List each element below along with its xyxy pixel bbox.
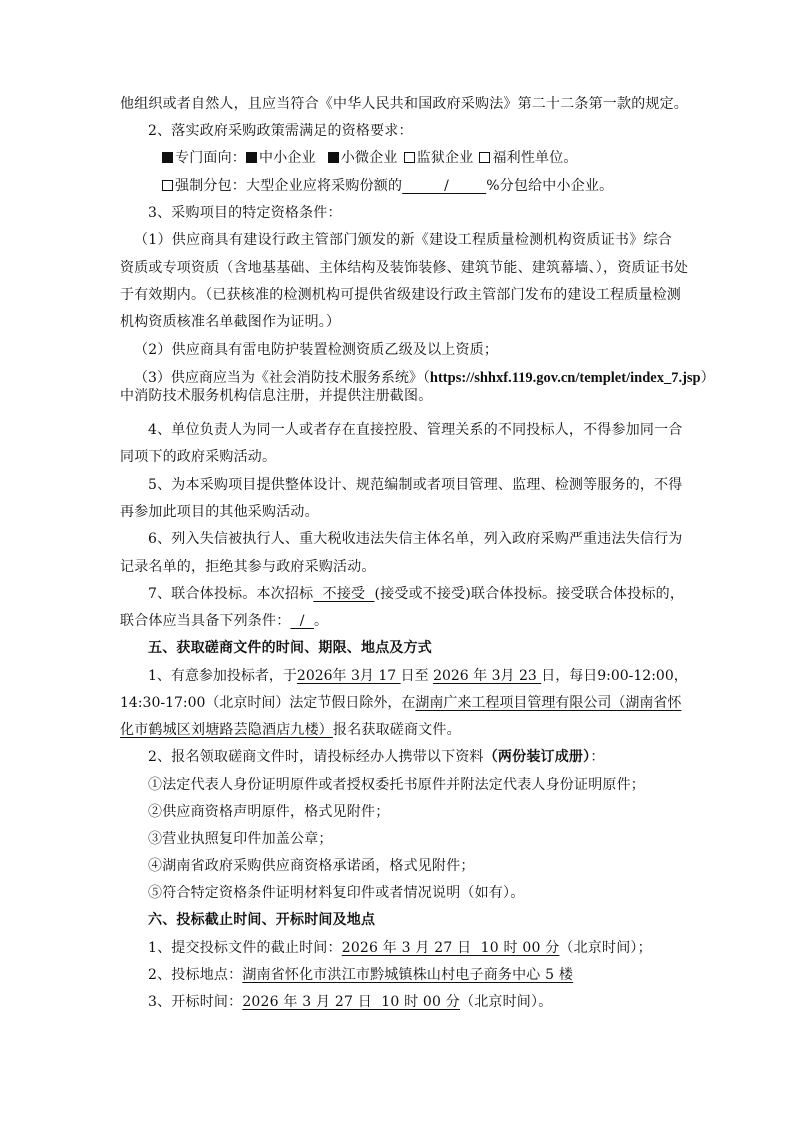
paragraph-line: 1、有意参加投标者，于2026年 3月 17 日至 2026 年 3月 23 日… [148,667,672,685]
document-page: 他组织或者自然人，且应当符合《中华人民共和国政府采购法》第二十二条第一款的规定。… [0,0,793,1122]
joint-bid-value: 不接受 [313,586,374,602]
list-item: ②供应商资格声明原件，格式见附件； [148,803,672,821]
paragraph-line: 化市鹤城区刘塘路芸隐酒店九楼）报名获取磋商文件。 [120,721,672,739]
section-5-heading: 五、获取磋商文件的时间、期限、地点及方式 [148,639,672,657]
subcontract-suffix: %分包给中小企业。 [486,178,613,194]
text-span: ： [590,749,604,765]
registration-place: 湖南广来工程项目管理有限公司（湖南省怀 [415,695,681,711]
option-sme: 中小企业 [259,150,316,166]
list-item: ⑤符合特定资格条件证明材料复印件或者情况说明（如有）。 [148,884,672,902]
checkbox-checked-icon [162,152,173,163]
deadline-value: 2026 年 3 月 27 日 10 时 00 分 [342,940,560,956]
text-span: 。 [314,613,328,629]
text-span: 1、有意参加投标者，于 [148,668,297,684]
text-span: 1、提交投标文件的截止时间： [148,940,342,956]
paragraph-line: 5、为本采购项目提供整体设计、规范编制或者项目管理、监理、检测等服务的，不得 [148,476,672,494]
text-span: 报名获取磋商文件。 [333,722,461,738]
text-span: （北京时间）。 [460,994,552,1010]
paragraph-line: （2）供应商具有雷电防护装置检测资质乙级及以上资质； [134,341,672,359]
registration-place: 化市鹤城区刘塘路芸隐酒店九楼） [120,722,333,738]
opening-time-value: 2026 年 3 月 27 日 10 时 00 分 [242,994,460,1010]
text-span: 日，每日9:00-12:00， [541,668,688,684]
text-span: （3）供应商应当为《社会消防技术服务系统》（ [134,370,430,386]
text-span: 日至 [401,668,433,684]
option-prison: 监狱企业 [417,150,474,166]
paragraph-line: 1、提交投标文件的截止时间：2026 年 3 月 27 日 10 时 00 分（… [148,939,672,957]
paragraph-line: 他组织或者自然人，且应当符合《中华人民共和国政府采购法》第二十二条第一款的规定。 [120,95,672,113]
bid-location-value: 湖南省怀化市洪江市黔城镇株山村电子商务中心 5 楼 [242,967,573,983]
subcontract-value: / [402,178,486,194]
option-welfare: 福利性单位。 [492,150,577,166]
list-item: ③营业执照复印件加盖公章； [148,830,672,848]
paragraph-line: 同项下的政府采购活动。 [120,448,672,466]
url-link[interactable]: https://shhxf.119.gov.cn/templet/index_7… [430,370,701,386]
paragraph-line: 中消防技术服务机构信息注册，并提供注册截图。 [120,387,672,405]
text-span: 2、投标地点： [148,967,242,983]
text-span: 联合体应当具备下列条件： [120,613,290,629]
subcontract-row: 强制分包：大型企业应将采购份额的 / %分包给中小企业。 [162,177,672,195]
paragraph-line: 于有效期内。（已获核准的检测机构可提供省级建设行政主管部门发布的建设工程质量检测 [120,286,672,304]
paragraph-line: 再参加此项目的其他采购活动。 [120,503,672,521]
section-6-heading: 六、投标截止时间、开标时间及地点 [148,911,672,929]
end-date: 2026 年 3月 23 [433,668,541,684]
section-2-title: 2、落实政府采购政策需满足的资格要求： [148,122,672,140]
text-span: 3、开标时间： [148,994,242,1010]
joint-bid-conditions-value: / [290,613,314,629]
paragraph-line: 4、单位负责人为同一人或者存在直接控股、管理关系的不同投标人，不得参加同一合 [148,421,672,439]
bold-note: （两份装订成册） [484,749,591,765]
text-span: 7、联合体投标。本次招标 [148,586,313,602]
list-item: ①法定代表人身份证明原件或者授权委托书原件并附法定代表人身份证明原件； [148,776,672,794]
start-date: 2026年 3月 17 [297,668,401,684]
text-span: (接受或不接受)联合体投标。接受联合体投标的， [375,586,685,602]
list-item: ④湖南省政府采购供应商资格承诺函，格式见附件； [148,857,672,875]
checkbox-empty-icon [404,152,415,163]
checkbox-checked-icon [328,152,339,163]
special-target-row: 专门面向：中小企业小微企业监狱企业福利性单位。 [162,149,672,167]
subcontract-label: 强制分包：大型企业应将采购份额的 [175,178,402,194]
checkbox-empty-icon [162,180,173,191]
text-span: 14:30-17:00（北京时间）法定节假日除外，在 [120,695,415,711]
paragraph-line: 2、投标地点：湖南省怀化市洪江市黔城镇株山村电子商务中心 5 楼 [148,966,672,984]
text-span: （北京时间）； [559,940,651,956]
paragraph-line: （3）供应商应当为《社会消防技术服务系统》（https://shhxf.119.… [134,369,672,387]
paragraph-line: 7、联合体投标。本次招标 不接受 (接受或不接受)联合体投标。接受联合体投标的， [148,585,672,603]
checkbox-empty-icon [479,152,490,163]
paragraph-line: 记录名单的，拒绝其参与政府采购活动。 [120,558,672,576]
paragraph-line: 2、报名领取磋商文件时，请投标经办人携带以下资料（两份装订成册）： [148,748,672,766]
checkbox-checked-icon [246,152,257,163]
text-span: ） [701,370,715,386]
paragraph-line: 6、列入失信被执行人、重大税收违法失信主体名单，列入政府采购严重违法失信行为 [148,530,672,548]
paragraph-line: 14:30-17:00（北京时间）法定节假日除外，在湖南广来工程项目管理有限公司… [120,694,672,712]
option-micro: 小微企业 [341,150,398,166]
text-span: 2、报名领取磋商文件时，请投标经办人携带以下资料 [148,749,484,765]
paragraph-line: 3、开标时间：2026 年 3 月 27 日 10 时 00 分（北京时间）。 [148,993,672,1011]
paragraph-line: 资质或专项资质（含地基基础、主体结构及装饰装修、建筑节能、建筑幕墙、），资质证书… [120,259,672,277]
special-target-label: 专门面向： [175,150,246,166]
paragraph-line: 机构资质核准名单截图作为证明。） [120,313,672,331]
paragraph-line: （1）供应商具有建设行政主管部门颁发的新《建设工程质量检测机构资质证书》综合 [134,231,672,249]
paragraph-line: 联合体应当具备下列条件： / 。 [120,612,672,630]
section-3-title: 3、采购项目的特定资格条件： [148,204,672,222]
